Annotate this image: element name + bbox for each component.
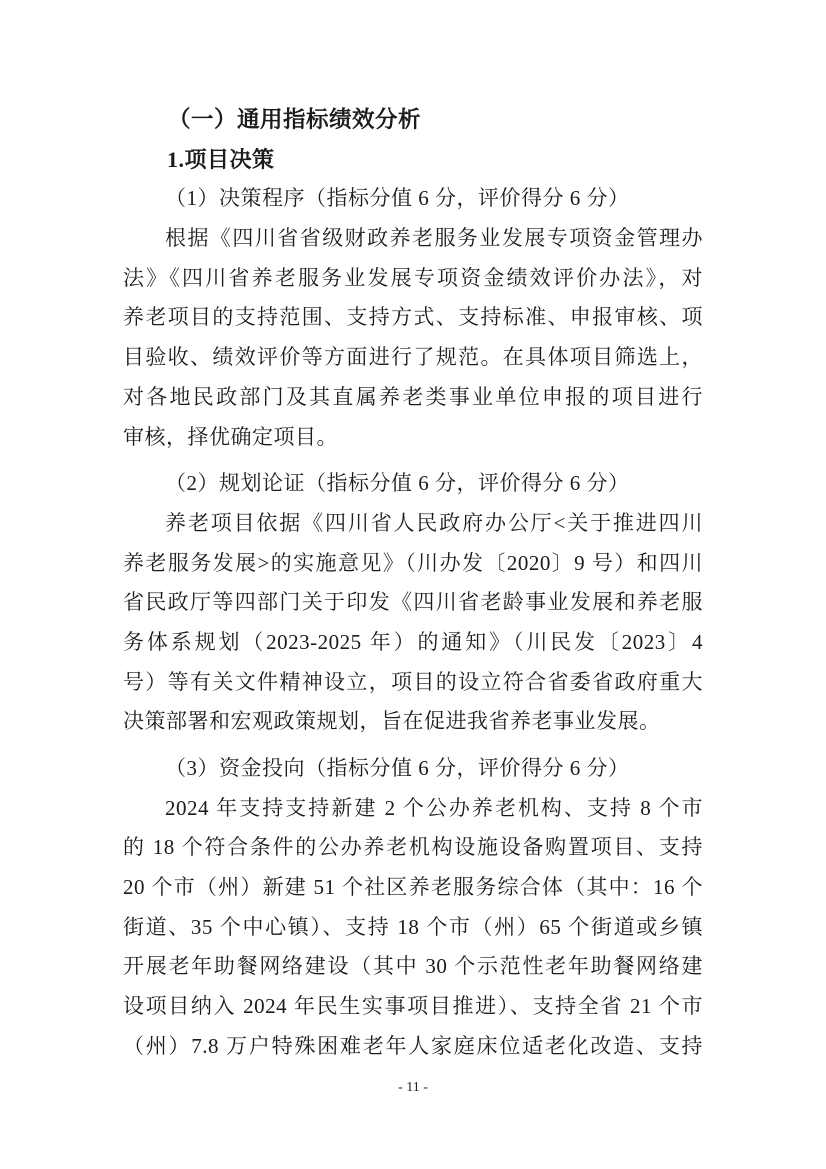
text-line: 设项目纳入 2024 年民生实事项目推进）、支持全省 21 个市 (123, 987, 703, 1027)
text-line: 的 18 个符合条件的公办养老机构设施设备购置项目、支持 (123, 828, 703, 868)
text-line: 20 个市（州）新建 51 个社区养老服务综合体（其中：16 个 (123, 868, 703, 908)
page-number: - 11 - (398, 1080, 428, 1095)
indicator-line-fund-direction: （3）资金投向（指标分值 6 分，评价得分 6 分） (123, 749, 703, 789)
text-line: 省民政厅等四部门关于印发《四川省老龄事业发展和养老服 (123, 583, 703, 623)
document-page: （一）通用指标绩效分析 1.项目决策 （1）决策程序（指标分值 6 分，评价得分… (0, 0, 826, 1169)
text-line: 根据《四川省省级财政养老服务业发展专项资金管理办 (123, 219, 703, 259)
subsection-heading: 1.项目决策 (123, 140, 703, 180)
text-line: 对各地民政部门及其直属养老类事业单位申报的项目进行 (123, 378, 703, 418)
text-line: （州）7.8 万户特殊困难老年人家庭床位适老化改造、支持 (123, 1027, 703, 1067)
document-body: （一）通用指标绩效分析 1.项目决策 （1）决策程序（指标分值 6 分，评价得分… (123, 100, 703, 1067)
text-line: 务体系规划（2023-2025 年）的通知》（川民发〔2023〕4 (123, 623, 703, 663)
page-footer: - 11 - (0, 1078, 826, 1098)
indicator-line-planning: （2）规划论证（指标分值 6 分，评价得分 6 分） (123, 464, 703, 504)
text-line: 法》《四川省养老服务业发展专项资金绩效评价办法》，对 (123, 259, 703, 299)
text-line: 号）等有关文件精神设立，项目的设立符合省委省政府重大 (123, 663, 703, 703)
text-line: 目验收、绩效评价等方面进行了规范。在具体项目筛选上， (123, 338, 703, 378)
text-line: 养老服务发展>的实施意见》（川办发〔2020〕9 号）和四川 (123, 544, 703, 584)
text-line: 开展老年助餐网络建设（其中 30 个示范性老年助餐网络建 (123, 947, 703, 987)
text-line: 街道、35 个中心镇）、支持 18 个市（州）65 个街道或乡镇 (123, 908, 703, 948)
text-line: 决策部署和宏观政策规划，旨在促进我省养老事业发展。 (123, 702, 703, 742)
text-line: 2024 年支持支持新建 2 个公办养老机构、支持 8 个市(州） (123, 789, 703, 829)
text-line: 养老项目的支持范围、支持方式、支持标准、申报审核、项 (123, 298, 703, 338)
indicator-line-decision-procedure: （1）决策程序（指标分值 6 分，评价得分 6 分） (123, 179, 703, 219)
text-line: 审核，择优确定项目。 (123, 418, 703, 458)
text-line: 养老项目依据《四川省人民政府办公厅<关于推进四川 (123, 504, 703, 544)
section-heading: （一）通用指标绩效分析 (123, 100, 703, 140)
